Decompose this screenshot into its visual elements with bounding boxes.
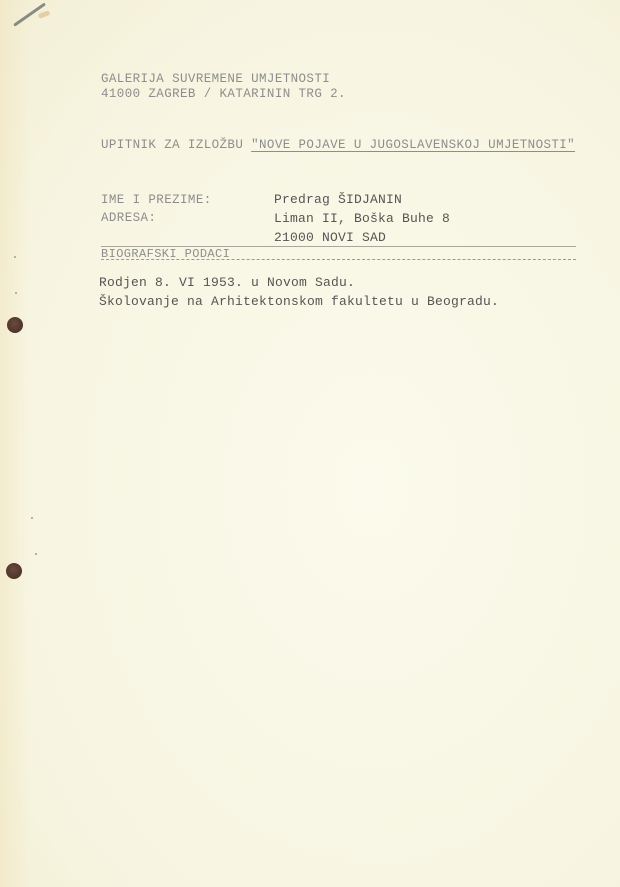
paper-speck xyxy=(35,553,37,555)
name-label: IME I PREZIME: xyxy=(101,193,212,207)
address-line-2: 21000 NOVI SAD xyxy=(274,230,386,245)
biography-line-1: Rodjen 8. VI 1953. u Novom Sadu. xyxy=(99,275,355,290)
paper-speck xyxy=(31,517,33,519)
questionnaire-heading: UPITNIK ZA IZLOŽBU "NOVE POJAVE U JUGOSL… xyxy=(101,138,575,152)
questionnaire-label: UPITNIK ZA IZLOŽBU xyxy=(101,138,251,152)
rust-stain xyxy=(38,10,51,19)
institution-address: 41000 ZAGREB / KATARININ TRG 2. xyxy=(101,87,346,101)
paper-speck xyxy=(15,292,17,294)
punch-hole-top xyxy=(7,317,23,333)
exhibition-title: "NOVE POJAVE U JUGOSLAVENSKOJ UMJETNOSTI… xyxy=(251,138,575,152)
paper-speck xyxy=(14,256,16,258)
address-line-1: Liman II, Boška Buhe 8 xyxy=(274,211,450,226)
name-value: Predrag ŠIDJANIN xyxy=(274,192,402,207)
biography-line-2: Školovanje na Arhitektonskom fakultetu u… xyxy=(99,294,499,309)
institution-name: GALERIJA SUVREMENE UMJETNOSTI xyxy=(101,72,330,86)
punch-hole-bottom xyxy=(6,563,22,579)
section-rule-bottom xyxy=(101,259,576,260)
address-label: ADRESA: xyxy=(101,211,156,225)
